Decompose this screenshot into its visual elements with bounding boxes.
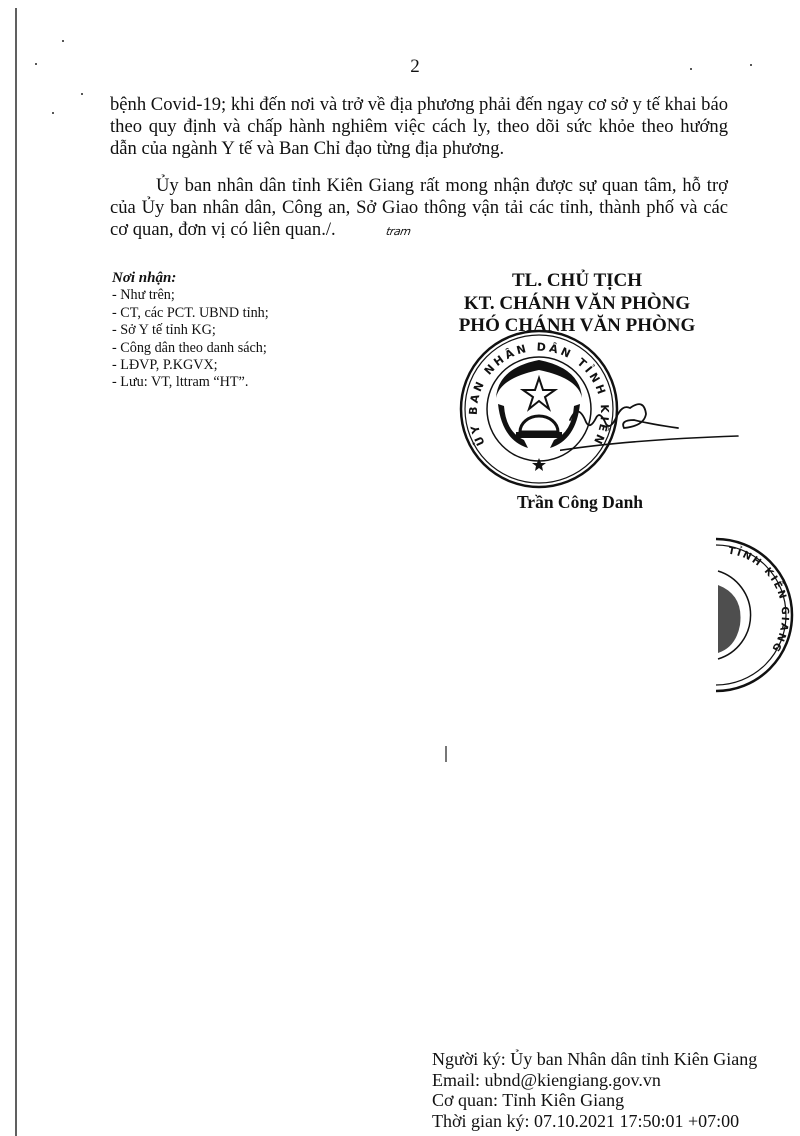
- closing-paragraph-text: Ủy ban nhân dân tỉnh Kiên Giang rất mong…: [110, 175, 728, 240]
- page-number: 2: [0, 56, 800, 78]
- recipient-item: - Sở Y tế tỉnh KG;: [112, 322, 269, 339]
- digital-agency: Cơ quan: Tỉnh Kiên Giang: [432, 1090, 757, 1111]
- signer-title-line: KT. CHÁNH VĂN PHÒNG: [432, 293, 722, 316]
- digital-email: Email: ubnd@kiengiang.gov.vn: [432, 1070, 757, 1091]
- scan-speck: [52, 112, 54, 114]
- document-body: bệnh Covid-19; khi đến nơi và trở về địa…: [110, 94, 728, 243]
- digital-time: Thời gian ký: 07.10.2021 17:50:01 +07:00: [432, 1111, 757, 1132]
- recipients-heading: Nơi nhận:: [112, 270, 269, 287]
- recipient-item: - Như trên;: [112, 287, 269, 304]
- digital-signature-block: Người ký: Ủy ban Nhân dân tỉnh Kiên Gian…: [432, 1049, 757, 1131]
- handwritten-signature: [560, 380, 770, 460]
- body-paragraph: bệnh Covid-19; khi đến nơi và trở về địa…: [110, 94, 728, 161]
- recipient-item: - Lưu: VT, lttram “HT”.: [112, 374, 269, 391]
- recipient-item: - CT, các PCT. UBND tỉnh;: [112, 305, 269, 322]
- recipients-block: Nơi nhận: - Như trên; - CT, các PCT. UBN…: [112, 270, 269, 392]
- signer-name: Trần Công Danh: [480, 492, 680, 513]
- handwritten-initials: tram: [338, 221, 412, 243]
- body-paragraph: Ủy ban nhân dân tỉnh Kiên Giang rất mong…: [110, 175, 728, 244]
- digital-signer: Người ký: Ủy ban Nhân dân tỉnh Kiên Gian…: [432, 1049, 757, 1070]
- svg-text:TỈNH KIÊN GIANG: TỈNH KIÊN GIANG: [727, 545, 790, 655]
- partial-seal-text: TỈNH KIÊN GIANG: [727, 545, 790, 655]
- signer-title-line: TL. CHỦ TỊCH: [432, 270, 722, 293]
- recipient-item: - Công dân theo danh sách;: [112, 340, 269, 357]
- scan-speck: [81, 93, 83, 95]
- scan-mark: [445, 746, 447, 762]
- recipients-list: - Như trên; - CT, các PCT. UBND tỉnh; - …: [112, 287, 269, 391]
- scan-margin-line: [15, 8, 17, 1136]
- recipient-item: - LĐVP, P.KGVX;: [112, 357, 269, 374]
- partial-seal-icon: TỈNH KIÊN GIANG: [700, 535, 800, 695]
- scan-speck: [62, 40, 64, 42]
